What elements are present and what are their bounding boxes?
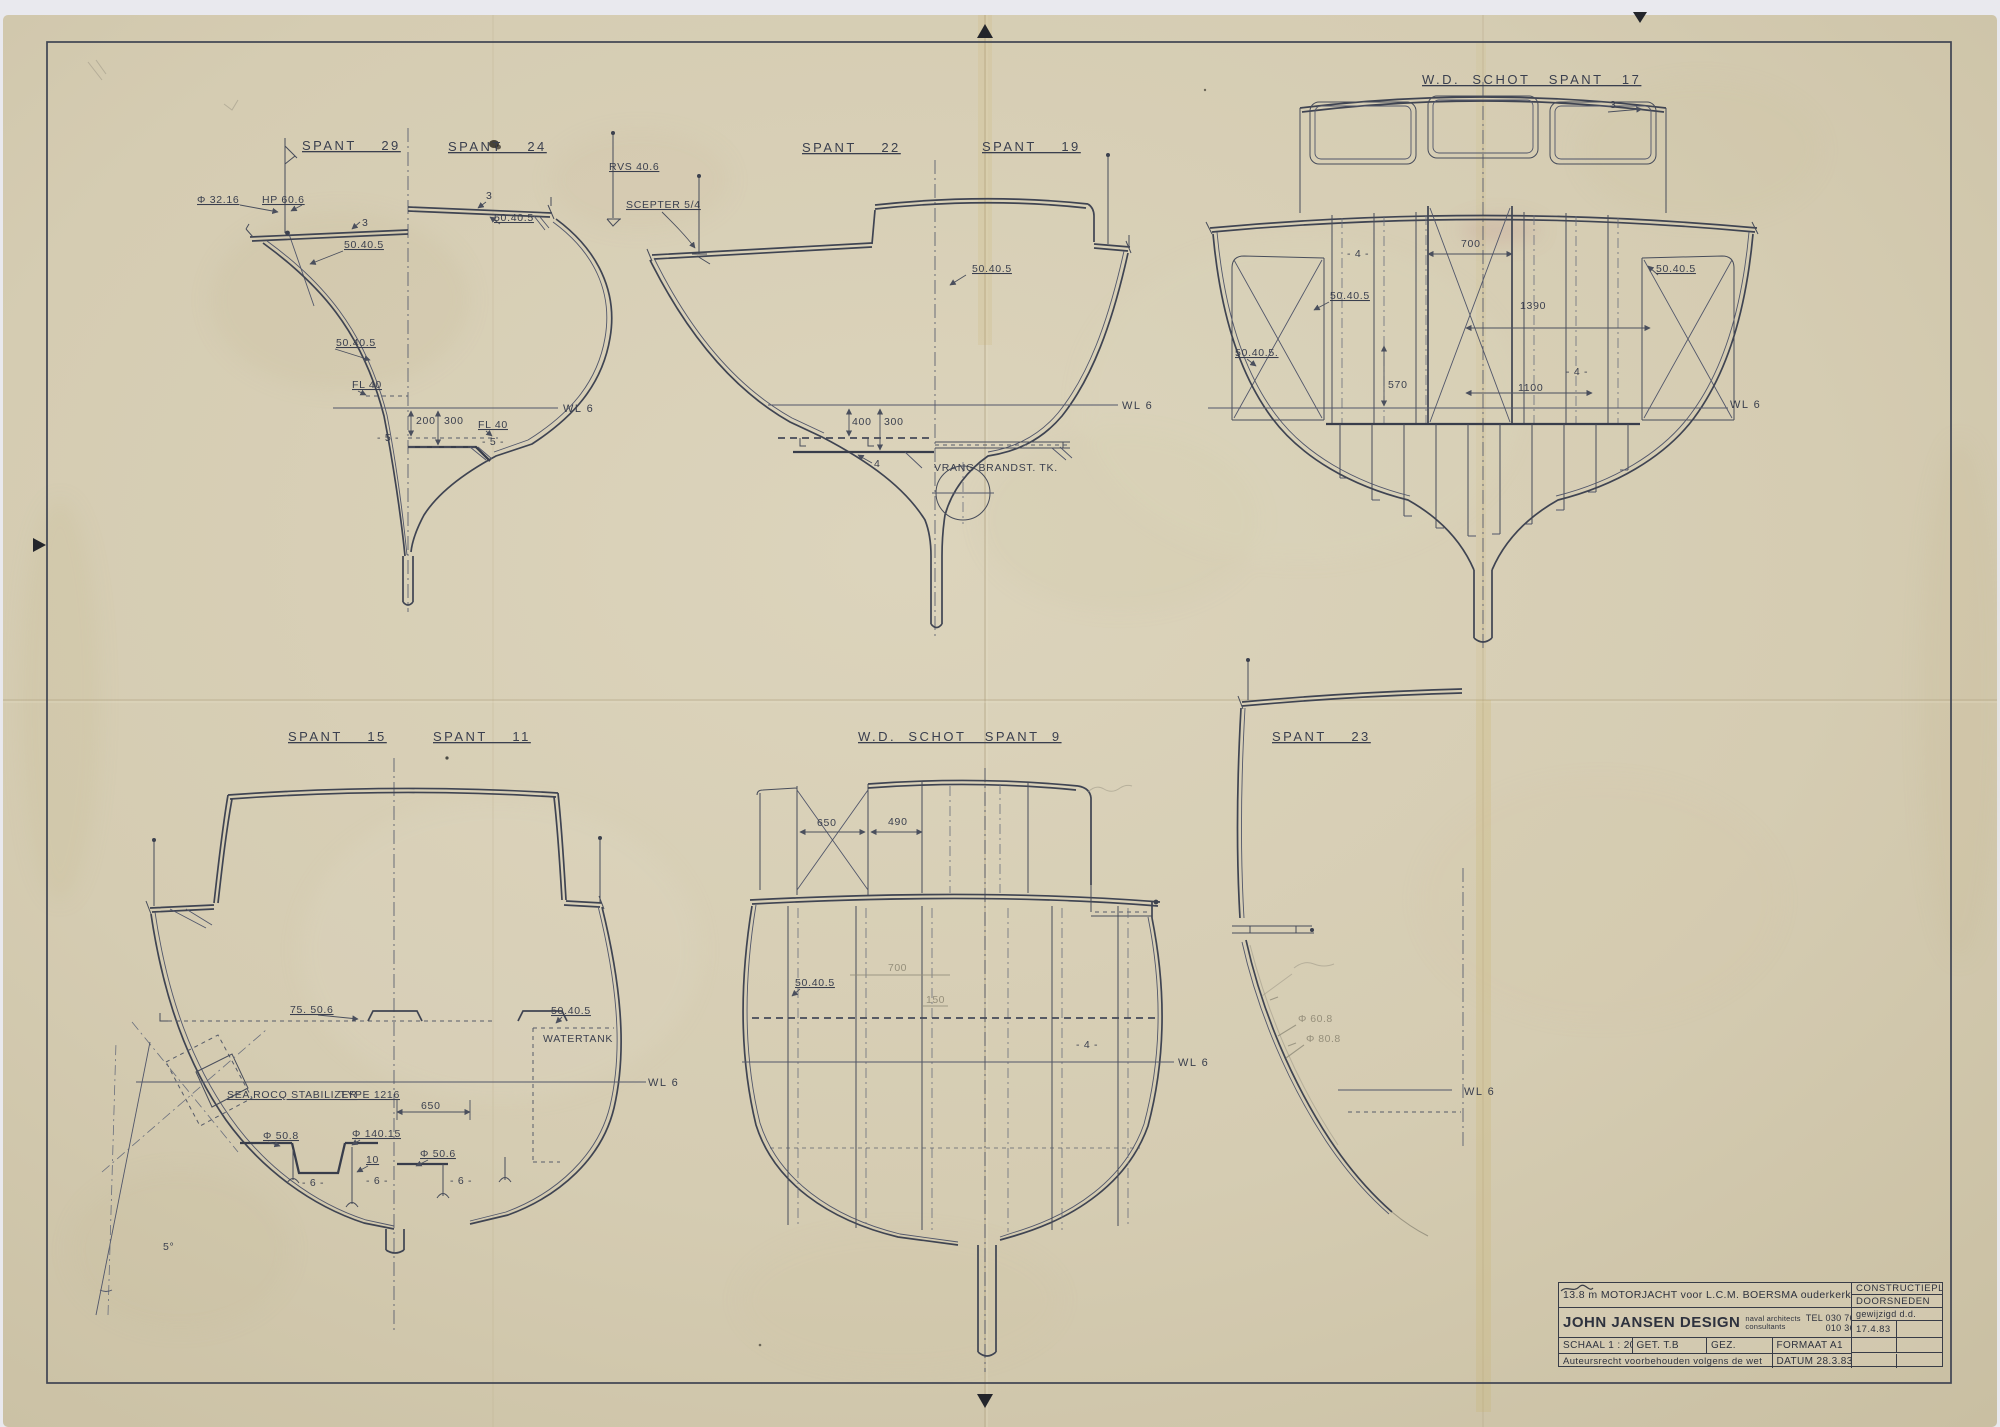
- revision-empty-cell: [1897, 1321, 1942, 1337]
- drawing-title: SPANT 15: [288, 729, 387, 744]
- dimension-label: Φ 140.15: [352, 1128, 401, 1140]
- copyright-notice: Auteursrecht voorbehouden volgens de wet: [1559, 1354, 1773, 1368]
- dimension-label: FL 40: [352, 379, 382, 391]
- drawing-title: W.D. SCHOT SPANT 9: [858, 729, 1062, 744]
- dimension-label: 700: [1461, 238, 1481, 250]
- revision-label: gewijzigd d.d.: [1852, 1308, 1942, 1321]
- dimension-label: 200: [416, 415, 436, 427]
- dimension-label: 50.40.5: [344, 239, 384, 251]
- pencil-note: 150: [926, 994, 945, 1006]
- empty-cell: [1852, 1354, 1897, 1368]
- dimension-label: WATERTANK: [543, 1033, 613, 1045]
- phone-1: TEL 030 76 28 05: [1806, 1313, 1852, 1323]
- dimension-label: 50.40.5: [1656, 263, 1696, 275]
- plan-type-1: CONSTRUCTIEPLAN: [1852, 1283, 1942, 1295]
- format-cell: FORMAAT A1: [1773, 1338, 1852, 1354]
- drawing-title: SPANT 24: [448, 139, 547, 154]
- dimension-label: 1100: [1518, 382, 1543, 394]
- firm-subtitle-2: consultants: [1745, 1322, 1785, 1331]
- empty-cell: [1897, 1338, 1942, 1352]
- tape-stain-top: [978, 15, 992, 345]
- dimension-label: 490: [888, 816, 908, 828]
- drawing-title: SPANT 23: [1272, 729, 1371, 744]
- waterline-label: WL 6: [648, 1077, 679, 1089]
- dimension-label: 570: [1388, 379, 1408, 391]
- dimension-label: 5°: [163, 1241, 174, 1253]
- drawing-title: SPANT 19: [982, 139, 1081, 154]
- pencil-note: 700: [888, 962, 907, 974]
- empty-cell: [1897, 1354, 1942, 1368]
- tape-stain-right: [1476, 700, 1491, 1412]
- waterline-label: WL 6: [1464, 1086, 1495, 1098]
- plan-type-2: DOORSNEDEN: [1852, 1295, 1942, 1308]
- drawing-title: SPANT 29: [302, 138, 401, 153]
- dimension-label: - 4 -: [1566, 366, 1588, 378]
- project-title: 13.8 m MOTORJACHT voor L.C.M. BOERSMA ou…: [1559, 1283, 1852, 1308]
- dimension-label: SEA ROCQ STABILIZER: [227, 1089, 357, 1101]
- dimension-label: Φ 50.6: [420, 1148, 456, 1160]
- drawing-title: SPANT 22: [802, 140, 901, 155]
- dimension-label: 50.40.5: [972, 263, 1012, 275]
- dimension-label: 3: [1610, 99, 1617, 111]
- design-firm-name: JOHN JANSEN DESIGN: [1563, 1314, 1740, 1331]
- dimension-label: 1390: [1520, 300, 1546, 312]
- dimension-label: 400: [852, 416, 872, 428]
- dimension-label: SCEPTER 5/4: [626, 199, 701, 211]
- dimension-label: Φ 32.16: [197, 194, 239, 206]
- date-cell: DATUM 28.3.83: [1773, 1354, 1852, 1368]
- waterline-label: WL 6: [1730, 399, 1761, 411]
- dimension-label: TYPE 1216: [340, 1089, 400, 1101]
- dimension-label: - 6 -: [302, 1177, 324, 1189]
- dimension-label: VRANG BRANDST. TK.: [934, 462, 1058, 474]
- title-block: 13.8 m MOTORJACHT voor L.C.M. BOERSMA ou…: [1558, 1282, 1943, 1367]
- dimension-label: 50.40.5.: [1235, 347, 1279, 359]
- dimension-label: RVS 40.6: [609, 161, 659, 173]
- dimension-label: 4: [874, 458, 881, 470]
- dimension-label: Φ 50.8: [263, 1130, 299, 1142]
- dimension-label: 650: [421, 1100, 441, 1112]
- dimension-label: HP 60.6: [262, 194, 305, 206]
- dimension-label: 75. 50.6: [290, 1004, 334, 1016]
- dimension-label: 3: [486, 190, 493, 202]
- checked-label: GEZ.: [1711, 1340, 1736, 1351]
- dimension-label: FL 40: [478, 419, 508, 431]
- pencil-note: Φ 60.8: [1298, 1013, 1333, 1025]
- dimension-label: 10: [366, 1154, 379, 1166]
- drawing-title: SPANT 11: [433, 729, 531, 744]
- dimension-label: 650: [817, 817, 837, 829]
- dimension-label: - 6 -: [366, 1175, 388, 1187]
- dimension-label: 50.40.5: [494, 212, 534, 224]
- waterline-label: WL 6: [563, 403, 594, 415]
- empty-cell: [1852, 1338, 1897, 1352]
- dimension-label: - 4 -: [1076, 1039, 1098, 1051]
- drawing-sheet: SPANT 29SPANT 24SPANT 22SPANT 19W.D. SCH…: [0, 0, 2000, 1427]
- dimension-label: 300: [444, 415, 464, 427]
- scanned-construction-drawing: { "title_block": { "project": "13.8 m MO…: [0, 0, 2000, 1427]
- revision-date: 17.4.83: [1852, 1321, 1897, 1337]
- dimension-label: - 5 -: [482, 436, 504, 448]
- waterline-label: WL 6: [1178, 1057, 1209, 1069]
- waterline-label: WL 6: [1122, 400, 1153, 412]
- dimension-label: 3: [362, 217, 369, 229]
- pencil-note: Φ 80.8: [1306, 1033, 1341, 1045]
- drawing-title: W.D. SCHOT SPANT 17: [1422, 72, 1641, 87]
- dimension-label: - 5 -: [377, 432, 399, 444]
- dimension-label: 50.40.5: [795, 977, 835, 989]
- drawn-by-cell: GET. T.B: [1633, 1338, 1707, 1354]
- scale-cell: SCHAAL 1 : 20: [1559, 1338, 1633, 1354]
- dimension-label: - 4 -: [1347, 248, 1369, 260]
- dimension-label: 50.40.5: [336, 337, 376, 349]
- dimension-label: 50.40.5: [1330, 290, 1370, 302]
- checked-cell: GEZ.: [1707, 1338, 1773, 1354]
- dimension-label: 300: [884, 416, 904, 428]
- dimension-label: - 6 -: [450, 1175, 472, 1187]
- dimension-label: 50.40.5: [551, 1005, 591, 1017]
- phone-2: 010 36 15 05: [1826, 1323, 1852, 1333]
